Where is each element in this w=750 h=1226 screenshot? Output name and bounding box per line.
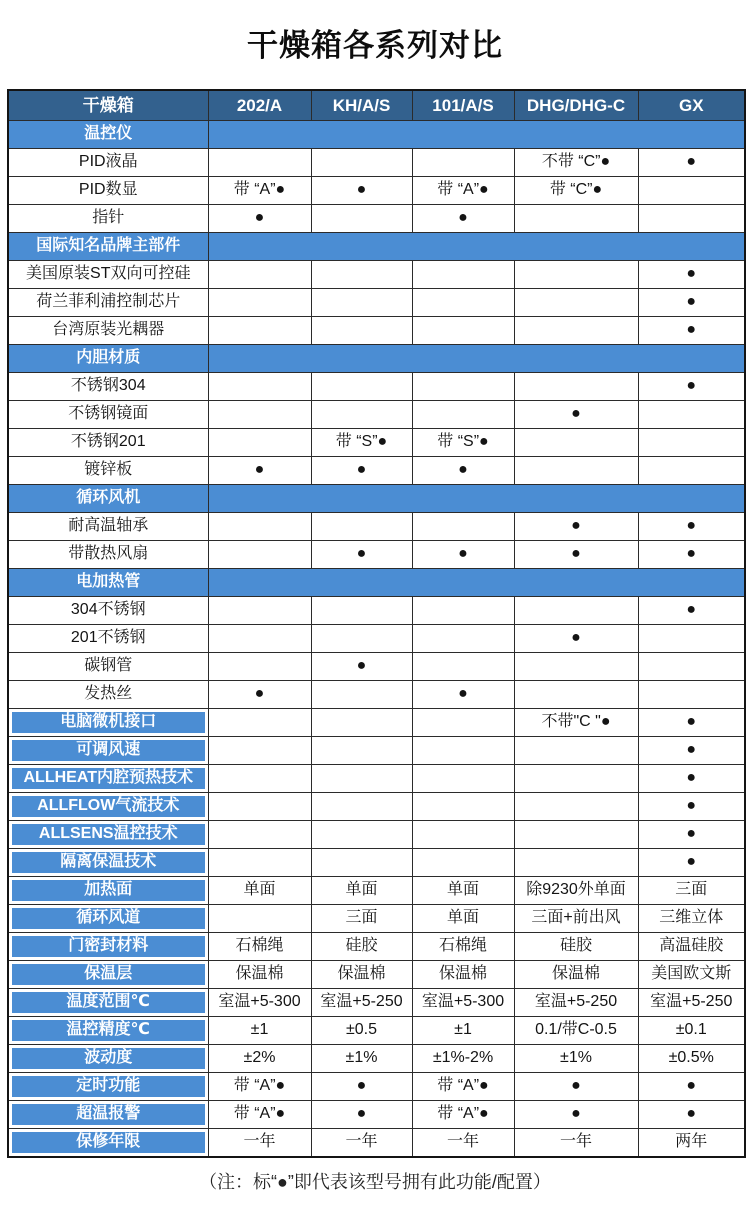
- value-cell: ●: [638, 709, 745, 737]
- value-cell: [208, 793, 311, 821]
- column-header-model: KH/A/S: [311, 90, 412, 121]
- row-label: 隔离保温技术: [8, 849, 208, 877]
- value-cell: ●: [412, 681, 514, 709]
- value-cell: 室温+5-250: [514, 989, 638, 1017]
- row-label: 加热面: [8, 877, 208, 905]
- row-label: 201不锈钢: [8, 625, 208, 653]
- value-cell: [514, 429, 638, 457]
- value-cell: ●: [208, 205, 311, 233]
- value-cell: [412, 289, 514, 317]
- feature-row: 加热面单面单面单面除9230外单面三面: [8, 877, 745, 905]
- value-cell: [514, 793, 638, 821]
- value-cell: ●: [311, 1101, 412, 1129]
- value-cell: [311, 625, 412, 653]
- row-label: 温度范围℃: [8, 989, 208, 1017]
- value-cell: [311, 737, 412, 765]
- row-label: 超温报警: [8, 1101, 208, 1129]
- column-header-model: 101/A/S: [412, 90, 514, 121]
- value-cell: [208, 905, 311, 933]
- row-label: 温控精度℃: [8, 1017, 208, 1045]
- row-label: 保温层: [8, 961, 208, 989]
- value-cell: [412, 625, 514, 653]
- value-cell: [208, 765, 311, 793]
- feature-row: 保修年限一年一年一年一年两年: [8, 1129, 745, 1158]
- value-cell: ●: [514, 625, 638, 653]
- value-cell: [311, 317, 412, 345]
- feature-row: PID液晶不带 “C”●●: [8, 149, 745, 177]
- value-cell: [412, 737, 514, 765]
- value-cell: ●: [638, 1101, 745, 1129]
- table-header: 干燥箱202/AKH/A/S101/A/SDHG/DHG-CGX: [8, 90, 745, 121]
- value-cell: [514, 597, 638, 625]
- feature-row: 温控精度℃±1±0.5±10.1/带C-0.5±0.1: [8, 1017, 745, 1045]
- value-cell: ●: [638, 821, 745, 849]
- value-cell: ●: [514, 541, 638, 569]
- value-cell: [412, 793, 514, 821]
- value-cell: [514, 261, 638, 289]
- value-cell: ●: [638, 513, 745, 541]
- value-cell: [638, 401, 745, 429]
- row-label: 美国原装ST双向可控硅: [8, 261, 208, 289]
- feature-row: 不锈钢镜面●: [8, 401, 745, 429]
- value-cell: ●: [514, 1073, 638, 1101]
- row-label: 国际知名品牌主部件: [8, 233, 208, 261]
- row-label: 电脑微机接口: [8, 709, 208, 737]
- row-label: 不锈钢201: [8, 429, 208, 457]
- value-cell: 一年: [208, 1129, 311, 1158]
- value-cell: ●: [208, 457, 311, 485]
- value-cell: 室温+5-300: [208, 989, 311, 1017]
- value-cell: 单面: [311, 877, 412, 905]
- value-cell: ●: [514, 401, 638, 429]
- row-label: 不锈钢304: [8, 373, 208, 401]
- feature-row: 带散热风扇●●●●: [8, 541, 745, 569]
- value-cell: ●: [638, 261, 745, 289]
- value-cell: [412, 261, 514, 289]
- feature-row: PID数显带 “A”●●带 “A”●带 “C”●: [8, 177, 745, 205]
- section-row: 内胆材质: [8, 345, 745, 373]
- section-row: 温控仪: [8, 121, 745, 149]
- value-cell: ●: [638, 541, 745, 569]
- value-cell: 室温+5-300: [412, 989, 514, 1017]
- row-label: 保修年限: [8, 1129, 208, 1158]
- value-cell: [514, 681, 638, 709]
- feature-row: ALLFLOW气流技术●: [8, 793, 745, 821]
- value-cell: ●: [638, 597, 745, 625]
- value-cell: [514, 317, 638, 345]
- value-cell: [412, 317, 514, 345]
- value-cell: [514, 457, 638, 485]
- value-cell: 保温棉: [412, 961, 514, 989]
- feature-row: 耐高温轴承●●: [8, 513, 745, 541]
- row-label: 门密封材料: [8, 933, 208, 961]
- value-cell: 单面: [208, 877, 311, 905]
- value-cell: 三面: [311, 905, 412, 933]
- value-cell: ±1%-2%: [412, 1045, 514, 1073]
- value-cell: 硅胶: [514, 933, 638, 961]
- value-cell: ±0.5: [311, 1017, 412, 1045]
- feature-row: ALLSENS温控技术●: [8, 821, 745, 849]
- row-label: 波动度: [8, 1045, 208, 1073]
- value-cell: ±1: [412, 1017, 514, 1045]
- value-cell: 带 “A”●: [412, 1101, 514, 1129]
- feature-row: 隔离保温技术●: [8, 849, 745, 877]
- value-cell: [638, 681, 745, 709]
- comparison-table: 干燥箱202/AKH/A/S101/A/SDHG/DHG-CGX 温控仪PID液…: [7, 89, 746, 1158]
- value-cell: [311, 373, 412, 401]
- value-cell: 0.1/带C-0.5: [514, 1017, 638, 1045]
- value-cell: 硅胶: [311, 933, 412, 961]
- value-cell: 除9230外单面: [514, 877, 638, 905]
- value-cell: 石棉绳: [412, 933, 514, 961]
- value-cell: [311, 289, 412, 317]
- value-cell: [208, 541, 311, 569]
- section-spacer-cell: [208, 233, 745, 261]
- value-cell: [412, 373, 514, 401]
- page: 干燥箱各系列对比 干燥箱202/AKH/A/S101/A/SDHG/DHG-CG…: [0, 20, 750, 1194]
- value-cell: [514, 205, 638, 233]
- section-row: 国际知名品牌主部件: [8, 233, 745, 261]
- value-cell: [208, 149, 311, 177]
- value-cell: [208, 513, 311, 541]
- value-cell: 室温+5-250: [638, 989, 745, 1017]
- value-cell: [514, 373, 638, 401]
- value-cell: ±0.5%: [638, 1045, 745, 1073]
- feature-row: 荷兰菲利浦控制芯片●: [8, 289, 745, 317]
- value-cell: [208, 737, 311, 765]
- row-label: 指针: [8, 205, 208, 233]
- header-row: 干燥箱202/AKH/A/S101/A/SDHG/DHG-CGX: [8, 90, 745, 121]
- value-cell: [208, 429, 311, 457]
- value-cell: ±1: [208, 1017, 311, 1045]
- value-cell: [311, 709, 412, 737]
- value-cell: 不带 “C”●: [514, 149, 638, 177]
- section-spacer-cell: [208, 121, 745, 149]
- value-cell: ●: [311, 177, 412, 205]
- value-cell: ±1%: [311, 1045, 412, 1073]
- feature-row: 指针●●: [8, 205, 745, 233]
- value-cell: ●: [311, 457, 412, 485]
- value-cell: 石棉绳: [208, 933, 311, 961]
- value-cell: [311, 513, 412, 541]
- row-label: 温控仪: [8, 121, 208, 149]
- row-label: PID液晶: [8, 149, 208, 177]
- value-cell: [638, 429, 745, 457]
- value-cell: [311, 261, 412, 289]
- value-cell: [638, 457, 745, 485]
- value-cell: 两年: [638, 1129, 745, 1158]
- feature-row: 门密封材料石棉绳硅胶石棉绳硅胶高温硅胶: [8, 933, 745, 961]
- row-label: 内胆材质: [8, 345, 208, 373]
- column-header-model: DHG/DHG-C: [514, 90, 638, 121]
- feature-row: 镀锌板●●●: [8, 457, 745, 485]
- value-cell: 带 “A”●: [208, 1101, 311, 1129]
- value-cell: ●: [638, 765, 745, 793]
- column-header-product: 干燥箱: [8, 90, 208, 121]
- feature-row: 超温报警带 “A”●●带 “A”●●●: [8, 1101, 745, 1129]
- row-label: 304不锈钢: [8, 597, 208, 625]
- value-cell: [311, 765, 412, 793]
- row-label: 荷兰菲利浦控制芯片: [8, 289, 208, 317]
- value-cell: [208, 625, 311, 653]
- value-cell: [208, 597, 311, 625]
- value-cell: [311, 205, 412, 233]
- value-cell: ●: [311, 653, 412, 681]
- value-cell: ●: [412, 205, 514, 233]
- feature-row: 保温层保温棉保温棉保温棉保温棉美国欧文斯: [8, 961, 745, 989]
- feature-row: 不锈钢201带 “S”●带 “S”●: [8, 429, 745, 457]
- value-cell: [412, 513, 514, 541]
- value-cell: [208, 289, 311, 317]
- value-cell: [412, 401, 514, 429]
- section-spacer-cell: [208, 345, 745, 373]
- column-header-model: 202/A: [208, 90, 311, 121]
- value-cell: [311, 793, 412, 821]
- value-cell: [208, 849, 311, 877]
- value-cell: ●: [638, 289, 745, 317]
- row-label: ALLFLOW气流技术: [8, 793, 208, 821]
- value-cell: 三面+前出风: [514, 905, 638, 933]
- section-row: 循环风机: [8, 485, 745, 513]
- value-cell: ●: [514, 1101, 638, 1129]
- value-cell: 带 “A”●: [208, 177, 311, 205]
- row-label: 电加热管: [8, 569, 208, 597]
- value-cell: ●: [638, 149, 745, 177]
- value-cell: [412, 597, 514, 625]
- value-cell: [638, 205, 745, 233]
- value-cell: [412, 849, 514, 877]
- value-cell: ●: [638, 849, 745, 877]
- feature-row: 定时功能带 “A”●●带 “A”●●●: [8, 1073, 745, 1101]
- row-label: 发热丝: [8, 681, 208, 709]
- value-cell: [208, 821, 311, 849]
- value-cell: ●: [412, 457, 514, 485]
- value-cell: ±2%: [208, 1045, 311, 1073]
- feature-row: 碳钢管●: [8, 653, 745, 681]
- feature-row: 波动度±2%±1%±1%-2%±1%±0.5%: [8, 1045, 745, 1073]
- value-cell: [638, 653, 745, 681]
- row-label: ALLHEAT内腔预热技术: [8, 765, 208, 793]
- value-cell: 保温棉: [208, 961, 311, 989]
- row-label: 循环风机: [8, 485, 208, 513]
- value-cell: 一年: [311, 1129, 412, 1158]
- value-cell: [311, 401, 412, 429]
- row-label: ALLSENS温控技术: [8, 821, 208, 849]
- value-cell: ●: [638, 317, 745, 345]
- row-label: 耐高温轴承: [8, 513, 208, 541]
- value-cell: 带 “C”●: [514, 177, 638, 205]
- value-cell: [514, 849, 638, 877]
- value-cell: 不带"C "●: [514, 709, 638, 737]
- value-cell: ●: [311, 1073, 412, 1101]
- value-cell: ±0.1: [638, 1017, 745, 1045]
- value-cell: 美国欧文斯: [638, 961, 745, 989]
- value-cell: ●: [208, 681, 311, 709]
- feature-row: 304不锈钢●: [8, 597, 745, 625]
- page-title: 干燥箱各系列对比: [0, 20, 750, 65]
- value-cell: [208, 373, 311, 401]
- feature-row: 美国原装ST双向可控硅●: [8, 261, 745, 289]
- footnote: （注：标“●”即代表该型号拥有此功能/配置）: [0, 1168, 750, 1194]
- feature-row: 可调风速●: [8, 737, 745, 765]
- value-cell: [412, 765, 514, 793]
- value-cell: [514, 821, 638, 849]
- value-cell: [638, 177, 745, 205]
- feature-row: 电脑微机接口不带"C "●●: [8, 709, 745, 737]
- value-cell: [208, 261, 311, 289]
- value-cell: 带 “A”●: [412, 1073, 514, 1101]
- value-cell: [208, 317, 311, 345]
- feature-row: 201不锈钢●: [8, 625, 745, 653]
- table-body: 温控仪PID液晶不带 “C”●●PID数显带 “A”●●带 “A”●带 “C”●…: [8, 121, 745, 1158]
- row-label: PID数显: [8, 177, 208, 205]
- feature-row: 发热丝●●: [8, 681, 745, 709]
- value-cell: ●: [638, 793, 745, 821]
- value-cell: ●: [311, 541, 412, 569]
- value-cell: ±1%: [514, 1045, 638, 1073]
- row-label: 台湾原装光耦器: [8, 317, 208, 345]
- row-label: 可调风速: [8, 737, 208, 765]
- feature-row: 台湾原装光耦器●: [8, 317, 745, 345]
- value-cell: [208, 653, 311, 681]
- value-cell: [514, 289, 638, 317]
- row-label: 定时功能: [8, 1073, 208, 1101]
- value-cell: [208, 709, 311, 737]
- value-cell: 三维立体: [638, 905, 745, 933]
- value-cell: [514, 737, 638, 765]
- value-cell: ●: [514, 513, 638, 541]
- value-cell: 带 “S”●: [311, 429, 412, 457]
- value-cell: ●: [412, 541, 514, 569]
- value-cell: [412, 149, 514, 177]
- feature-row: 温度范围℃室温+5-300室温+5-250室温+5-300室温+5-250室温+…: [8, 989, 745, 1017]
- value-cell: [514, 765, 638, 793]
- feature-row: 不锈钢304●: [8, 373, 745, 401]
- section-spacer-cell: [208, 485, 745, 513]
- value-cell: ●: [638, 737, 745, 765]
- value-cell: ●: [638, 1073, 745, 1101]
- value-cell: [208, 401, 311, 429]
- value-cell: 室温+5-250: [311, 989, 412, 1017]
- value-cell: [412, 653, 514, 681]
- value-cell: [311, 597, 412, 625]
- feature-row: ALLHEAT内腔预热技术●: [8, 765, 745, 793]
- section-row: 电加热管: [8, 569, 745, 597]
- value-cell: [638, 625, 745, 653]
- value-cell: 单面: [412, 877, 514, 905]
- row-label: 镀锌板: [8, 457, 208, 485]
- value-cell: [412, 821, 514, 849]
- value-cell: 高温硅胶: [638, 933, 745, 961]
- value-cell: [311, 849, 412, 877]
- feature-row: 循环风道三面单面三面+前出风三维立体: [8, 905, 745, 933]
- value-cell: ●: [638, 373, 745, 401]
- row-label: 循环风道: [8, 905, 208, 933]
- value-cell: [412, 709, 514, 737]
- row-label: 不锈钢镜面: [8, 401, 208, 429]
- value-cell: 带 “S”●: [412, 429, 514, 457]
- row-label: 碳钢管: [8, 653, 208, 681]
- value-cell: 保温棉: [514, 961, 638, 989]
- value-cell: 一年: [514, 1129, 638, 1158]
- row-label: 带散热风扇: [8, 541, 208, 569]
- value-cell: [311, 149, 412, 177]
- value-cell: 保温棉: [311, 961, 412, 989]
- value-cell: 三面: [638, 877, 745, 905]
- value-cell: 带 “A”●: [412, 177, 514, 205]
- value-cell: [514, 653, 638, 681]
- column-header-model: GX: [638, 90, 745, 121]
- value-cell: [311, 681, 412, 709]
- value-cell: 单面: [412, 905, 514, 933]
- value-cell: [311, 821, 412, 849]
- value-cell: 一年: [412, 1129, 514, 1158]
- section-spacer-cell: [208, 569, 745, 597]
- value-cell: 带 “A”●: [208, 1073, 311, 1101]
